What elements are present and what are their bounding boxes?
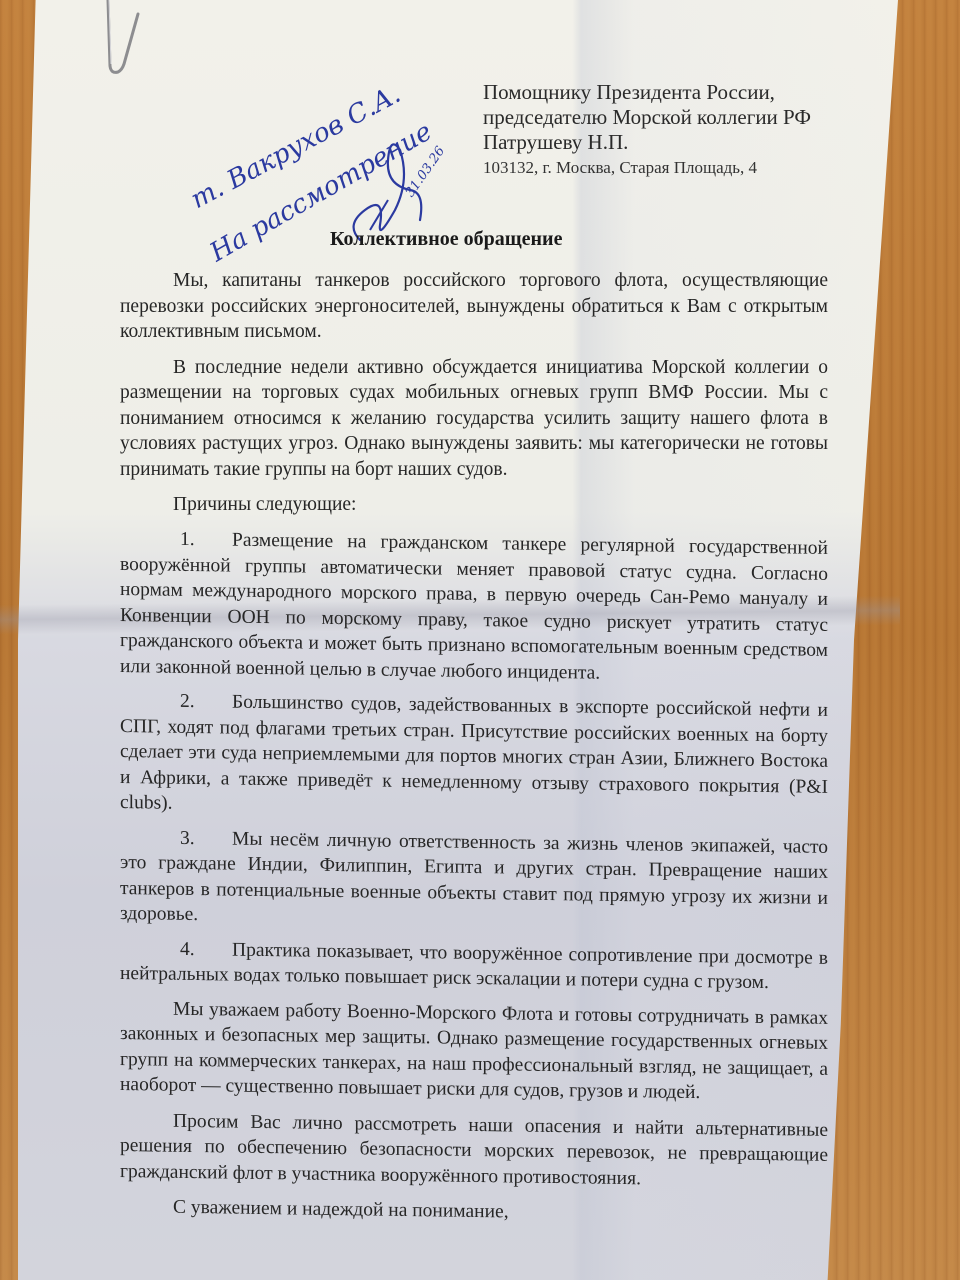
paragraph-intro: Мы, капитаны танкеров российского торгов… (120, 268, 828, 345)
paragraph-request: Просим Вас лично рассмотреть наши опасен… (120, 1107, 828, 1193)
letter-document: Помощнику Президента России, председател… (0, 0, 960, 1280)
document-title: Коллективное обращение (330, 228, 562, 251)
addressee-position: Помощнику Президента России, (483, 80, 863, 105)
reason-item: 2.Большинство судов, задействованных в э… (120, 688, 828, 825)
paragraph-context: В последние недели активно обсуждается и… (120, 355, 828, 483)
reason-number: 3. (180, 825, 232, 851)
reasons-label: Причины следующие: (120, 492, 828, 518)
reason-item: 1.Размещение на гражданском танкере регу… (120, 526, 828, 689)
addressee-name: Патрушеву Н.П. (483, 130, 863, 155)
lower-section: 1.Размещение на гражданском танкере регу… (120, 526, 828, 1229)
closing-line: С уважением и надеждой на понимание, (120, 1194, 828, 1229)
letter-body: Мы, капитаны танкеров российского торгов… (120, 268, 828, 1229)
reason-number: 2. (180, 688, 232, 714)
reason-number: 4. (180, 936, 232, 962)
addressee-role: председателю Морской коллегии РФ (483, 105, 863, 130)
resolution-assignee: т. Вакрухов С.А. (186, 79, 406, 215)
addressee-address: 103132, г. Москва, Старая Площадь, 4 (483, 155, 863, 180)
reason-item: 4.Практика показывает, что вооружённое с… (120, 935, 828, 996)
addressee-block: Помощнику Президента России, председател… (483, 80, 863, 180)
reason-number: 1. (180, 526, 232, 552)
reason-item: 3.Мы несём личную ответственность за жиз… (120, 824, 828, 936)
resolution-date: 31.03.26 (403, 144, 448, 200)
paragraph-respect: Мы уважаем работу Военно-Морского Флота … (120, 995, 828, 1107)
